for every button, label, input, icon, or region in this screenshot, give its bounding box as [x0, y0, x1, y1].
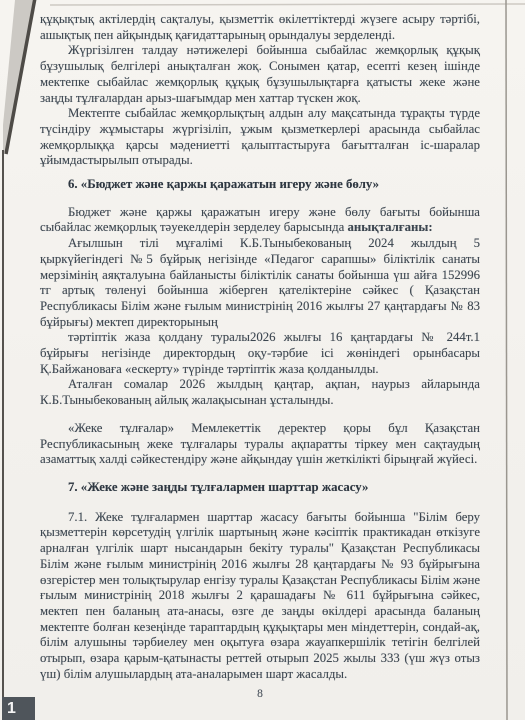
paragraph-disciplinary-action: тәртіптік жаза қолдану туралы2026 жылғы …: [40, 330, 480, 377]
paragraph-prevention-measures: Мектепте сыбайлас жемқорлықтың алдын алу…: [40, 106, 480, 169]
paragraph-individuals-database: «Жеке тұлғалар» Мемлекеттік деректер қор…: [40, 421, 480, 468]
paragraph-carryover: құқықтық актілердің сақталуы, қызметтік …: [40, 12, 480, 43]
scanned-document-page: құқықтық актілердің сақталуы, қызметтік …: [0, 0, 525, 720]
paragraph-salary-deduction: Аталған сомалар 2026 жылдың қаңтар, ақпа…: [40, 377, 480, 408]
page-number: 8: [40, 687, 480, 703]
section-heading-6: 6. «Бюджет және қаржы қаражатын игеру жә…: [40, 177, 480, 193]
scan-corner-edge: [6, 0, 35, 154]
document-text-block: құқықтық актілердің сақталуы, қызметтік …: [40, 12, 480, 703]
scan-top-edge: [50, 4, 525, 5]
paragraph-analysis-results: Жүргізілген талдау нәтижелері бойынша сы…: [40, 43, 480, 106]
section-heading-7: 7. «Жеке және заңды тұлғалармен шарттар …: [40, 480, 480, 496]
page-thumbnail-badge: 1: [2, 697, 35, 720]
budget-intro-bold-text: анықталғаны:: [348, 220, 433, 234]
paragraph-teacher-overpayment: Ағылшын тілі мұғалімі К.Б.Тыныбекованың …: [40, 236, 480, 330]
paragraph-contracts-7-1: 7.1. Жеке тұлғалармен шарттар жасасу бағ…: [40, 510, 480, 683]
scan-corner-shadow: [3, 0, 33, 152]
paragraph-budget-intro: Бюджет және қаржы қаражатын игеру және б…: [40, 205, 480, 236]
scan-right-edge: [506, 0, 507, 720]
